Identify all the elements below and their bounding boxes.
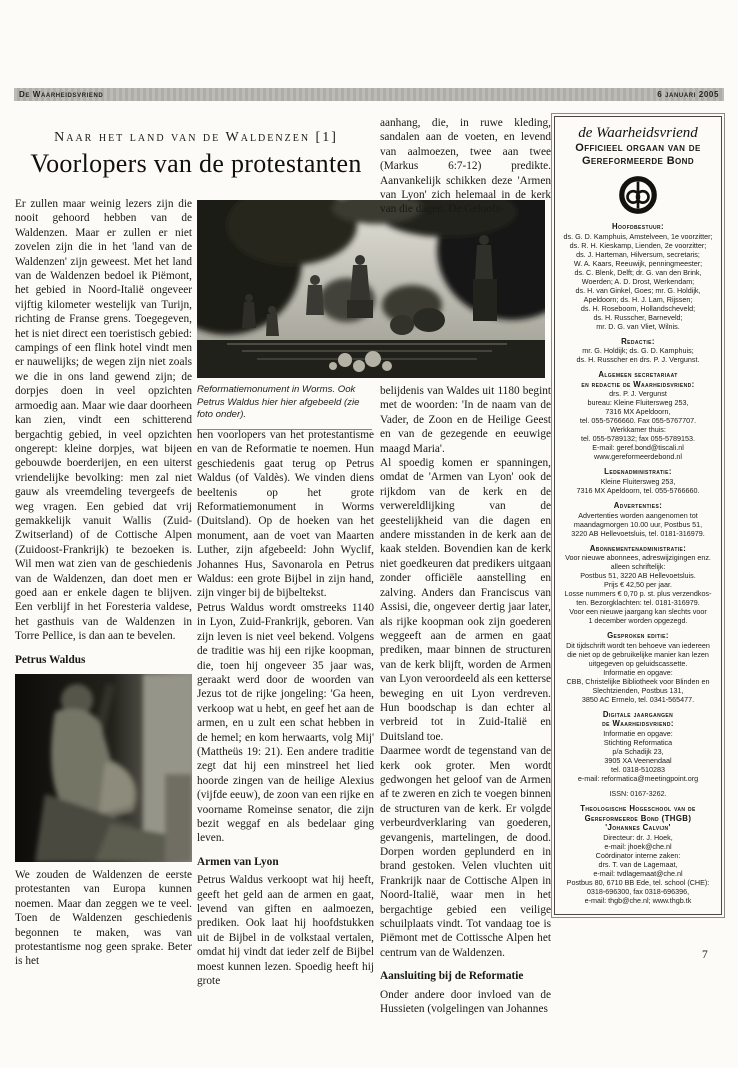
sidebar-section: Hoofdbestuur:ds. G. D. Kamphuis, Amstelv… bbox=[560, 222, 716, 331]
sidebar-section-heading: en redactie de Waarheidsvriend: bbox=[560, 380, 716, 390]
sidebar-section-line: Dit tijdschrift wordt ten behoeve van ie… bbox=[560, 641, 716, 650]
sidebar-section: Ledenadministratie:Kleine Fluitersweg 25… bbox=[560, 467, 716, 495]
article-paragraph: belijdenis van Waldes uit 1180 begint me… bbox=[380, 384, 551, 456]
sidebar-section-line: e-mail: jhoek@che.nl bbox=[560, 842, 716, 851]
photo-caption: Reformatiemonument in Worms. Ook Petrus … bbox=[197, 384, 372, 430]
sidebar-section-heading: Algemeen secretariaat bbox=[560, 370, 716, 380]
sidebar-section-line: Losse nummers € 0,70 p. st. plus verzend… bbox=[560, 589, 716, 598]
masthead-sidebar: de Waarheidsvriend Officieel orgaan van … bbox=[551, 113, 725, 918]
article-paragraph: We zouden de Waldenzen de eerste protest… bbox=[15, 868, 192, 969]
sidebar-section-line: ISSN: 0167-3262. bbox=[560, 789, 716, 798]
article-paragraph: aanhang, die, in ruwe kleding, sandalen … bbox=[380, 116, 551, 217]
article-column-3-bottom: belijdenis van Waldes uit 1180 begint me… bbox=[380, 384, 551, 1016]
sidebar-section-line: Voor nieuwe abonnees, adreswijzigingen e… bbox=[560, 553, 716, 562]
gereformeerde-bond-logo-icon bbox=[617, 174, 659, 216]
sidebar-section-line: e-mail: tvdlagemaat@che.nl bbox=[560, 869, 716, 878]
sidebar-section-line: p/a Schadijk 23, bbox=[560, 747, 716, 756]
sidebar-section-heading: Theologische Hogeschool van de bbox=[560, 804, 716, 814]
sidebar-section-line: drs. T. van de Lagemaat, bbox=[560, 860, 716, 869]
petrus-waldus-statue-photo bbox=[15, 674, 192, 862]
sidebar-section-line: Kleine Fluitersweg 253, bbox=[560, 477, 716, 486]
reformation-monument-photo bbox=[197, 200, 545, 378]
sidebar-section-line: Voor een nieuwe jaargang kan slechts voo… bbox=[560, 607, 716, 616]
page-number: 7 bbox=[702, 949, 708, 961]
magazine-page: De Waarheidsvriend 6 januari 2005 Naar h… bbox=[0, 0, 738, 1068]
sidebar-section-line: ds. G. D. Kamphuis, Amstelveen, 1e voorz… bbox=[560, 232, 716, 241]
sidebar-section-heading: Gesproken editie: bbox=[560, 631, 716, 641]
sidebar-section-line: Advertenties worden aangenomen tot bbox=[560, 511, 716, 520]
masthead-sidebar-inner: de Waarheidsvriend Officieel orgaan van … bbox=[554, 116, 722, 915]
sidebar-section: Redactie:mr. G. Holdijk; ds. G. D. Kamph… bbox=[560, 337, 716, 365]
sidebar-section-line: E-mail: geref.bond@tiscali.nl bbox=[560, 443, 716, 452]
sidebar-section-heading: Advertenties: bbox=[560, 501, 716, 511]
sidebar-section-line: drs. P. J. Vergunst bbox=[560, 389, 716, 398]
sidebar-section: Advertenties:Advertenties worden aangeno… bbox=[560, 501, 716, 538]
sidebar-masthead-title: de Waarheidsvriend bbox=[560, 125, 716, 142]
sidebar-section-line: Werkkamer thuis: bbox=[560, 425, 716, 434]
sidebar-section-heading: Redactie: bbox=[560, 337, 716, 347]
sidebar-section-line: Apeldoorn; ds. H. J. Lam, Rijssen; bbox=[560, 295, 716, 304]
sidebar-section-line: tel. 0318-510283 bbox=[560, 765, 716, 774]
sidebar-section-heading: de Waarheidsvriend: bbox=[560, 719, 716, 729]
sidebar-section-heading: Ledenadministratie: bbox=[560, 467, 716, 477]
sidebar-section-line: CBB, Christelijke Bibliotheek voor Blind… bbox=[560, 677, 716, 686]
sidebar-section: Gesproken editie:Dit tijdschrift wordt t… bbox=[560, 631, 716, 704]
sidebar-section-heading: Abonnementenadministratie: bbox=[560, 544, 716, 554]
sidebar-section-line: uitgegeven op geluidscassette. bbox=[560, 659, 716, 668]
sidebar-section-line: die niet op de gebruikelijke manier kan … bbox=[560, 650, 716, 659]
sidebar-section-line: 1 december worden opgezegd. bbox=[560, 616, 716, 625]
sidebar-section-line: ds. H. van Ginkel, Goes; mr. G. Holdijk, bbox=[560, 286, 716, 295]
sidebar-section-line: 7316 MX Apeldoorn, tel. 055-5766660. bbox=[560, 486, 716, 495]
article-paragraph: hen voorlopers van het protestantisme en… bbox=[197, 428, 374, 601]
article-paragraph: Al spoedig komen er spanningen, omdat de… bbox=[380, 456, 551, 744]
article-subheading-armen-van-lyon: Armen van Lyon bbox=[197, 855, 374, 869]
sidebar-section-line: 3850 AC Ermelo, tel. 0341-565477. bbox=[560, 695, 716, 704]
article-paragraph: Er zullen maar weinig lezers zijn die no… bbox=[15, 197, 192, 644]
article-column-2: hen voorlopers van het protestantisme en… bbox=[197, 428, 374, 988]
article-paragraph: Daarmee wordt de tegenstand van de kerk … bbox=[380, 744, 551, 960]
sidebar-section-line: Informatie en opgave: bbox=[560, 729, 716, 738]
sidebar-section-line: Informatie en opgave: bbox=[560, 668, 716, 677]
sidebar-section-line: www.gereformeerdebond.nl bbox=[560, 452, 716, 461]
sidebar-section-line: bureau: Kleine Fluitersweg 253, bbox=[560, 398, 716, 407]
sidebar-section-line: ds. R. H. Kieskamp, Lienden, 2e voorzitt… bbox=[560, 241, 716, 250]
sidebar-section-heading: Gereformeerde Bond (THGB) bbox=[560, 814, 716, 824]
sidebar-section-line: 3905 XA Veenendaal bbox=[560, 756, 716, 765]
sidebar-section: ISSN: 0167-3262. bbox=[560, 789, 716, 798]
sidebar-section-line: Directeur: dr. J. Hoek, bbox=[560, 833, 716, 842]
page-header-bar: De Waarheidsvriend 6 januari 2005 bbox=[14, 88, 724, 101]
article-subheading-petrus-waldus: Petrus Waldus bbox=[15, 653, 192, 667]
sidebar-section-line: ten. Bezorgklachten: tel. 0181-316979. bbox=[560, 598, 716, 607]
sidebar-section-line: tel. 055-5766660. Fax 055-5767707. bbox=[560, 416, 716, 425]
sidebar-section-line: Woerden; A. D. Drost, Werkendam; bbox=[560, 277, 716, 286]
sidebar-section-line: 3220 AB Hellevoetsluis, tel. 0181-316979… bbox=[560, 529, 716, 538]
header-masthead: De Waarheidsvriend bbox=[19, 90, 103, 99]
sidebar-section: Digitale jaargangende Waarheidsvriend:In… bbox=[560, 710, 716, 783]
sidebar-section-line: mr. D. G. van Vliet, Wilnis. bbox=[560, 322, 716, 331]
sidebar-section-line: maandagmorgen 10.00 uur, Postbus 51, bbox=[560, 520, 716, 529]
sidebar-section-heading: Hoofdbestuur: bbox=[560, 222, 716, 232]
sidebar-section-line: Slechtzienden, Postbus 131, bbox=[560, 686, 716, 695]
article-kicker: Naar het land van de Waldenzen [1] bbox=[15, 130, 377, 146]
sidebar-section-line: Stichting Reformatica bbox=[560, 738, 716, 747]
article-paragraph: Petrus Waldus verkoopt wat hij heeft, ge… bbox=[197, 873, 374, 988]
article-title-block: Naar het land van de Waldenzen [1] Voorl… bbox=[15, 130, 377, 179]
sidebar-section-line: W. A. Kaars, Reeuwijk, penningmeester; bbox=[560, 259, 716, 268]
sidebar-section-line: ds. H. Russcher, Barneveld; bbox=[560, 313, 716, 322]
sidebar-section-heading: Digitale jaargangen bbox=[560, 710, 716, 720]
sidebar-section-line: tel. 055-5789132; fax 055-5789153. bbox=[560, 434, 716, 443]
sidebar-section: Theologische Hogeschool van deGereformee… bbox=[560, 804, 716, 905]
sidebar-section-line: 0318-696300, fax 0318-696396, bbox=[560, 887, 716, 896]
sidebar-masthead-subtitle-line1: Officieel orgaan van de bbox=[560, 142, 716, 155]
sidebar-section: Abonnementenadministratie:Voor nieuwe ab… bbox=[560, 544, 716, 626]
sidebar-section-line: ds. J. Harteman, Hilversum, secretaris; bbox=[560, 250, 716, 259]
sidebar-masthead-subtitle-line2: Gereformeerde Bond bbox=[560, 155, 716, 168]
article-paragraph: Petrus Waldus wordt omstreeks 1140 in Ly… bbox=[197, 601, 374, 846]
article-paragraph: Onder andere door invloed van de Hussiet… bbox=[380, 988, 551, 1017]
sidebar-section: Algemeen secretariaaten redactie de Waar… bbox=[560, 370, 716, 461]
sidebar-section-heading: 'Johannes Calvijn' bbox=[560, 823, 716, 833]
sidebar-section-line: Postbus 80, 6710 BB Ede, tel. school (CH… bbox=[560, 878, 716, 887]
article-column-1: Er zullen maar weinig lezers zijn die no… bbox=[15, 197, 192, 969]
sidebar-section-line: mr. G. Holdijk; ds. G. D. Kamphuis; bbox=[560, 346, 716, 355]
sidebar-section-line: alleen schriftelijk: bbox=[560, 562, 716, 571]
article-title: Voorlopers van de protestanten bbox=[15, 149, 377, 179]
sidebar-section-line: ds. H. Roseboom, Hollandscheveld; bbox=[560, 304, 716, 313]
sidebar-section-line: ds. C. Blenk, Delft; dr. G. van den Brin… bbox=[560, 268, 716, 277]
sidebar-section-line: 7316 MX Apeldoorn, bbox=[560, 407, 716, 416]
sidebar-section-line: Coördinator interne zaken: bbox=[560, 851, 716, 860]
article-subheading-aansluiting: Aansluiting bij de Reformatie bbox=[380, 969, 551, 983]
sidebar-section-line: e-mail: reformatica@meetingpoint.org bbox=[560, 774, 716, 783]
article-column-3-top: aanhang, die, in ruwe kleding, sandalen … bbox=[380, 116, 551, 217]
sidebar-section-line: Postbus 51, 3220 AB Hellevoetsluis. bbox=[560, 571, 716, 580]
sidebar-sections: Hoofdbestuur:ds. G. D. Kamphuis, Amstelv… bbox=[560, 222, 716, 905]
sidebar-section-line: ds. H. Russcher en drs. P. J. Vergunst. bbox=[560, 355, 716, 364]
sidebar-section-line: e-mail: thgb@che.nl; www.thgb.tk bbox=[560, 896, 716, 905]
header-date: 6 januari 2005 bbox=[657, 90, 719, 99]
sidebar-section-line: Prijs € 42,50 per jaar. bbox=[560, 580, 716, 589]
